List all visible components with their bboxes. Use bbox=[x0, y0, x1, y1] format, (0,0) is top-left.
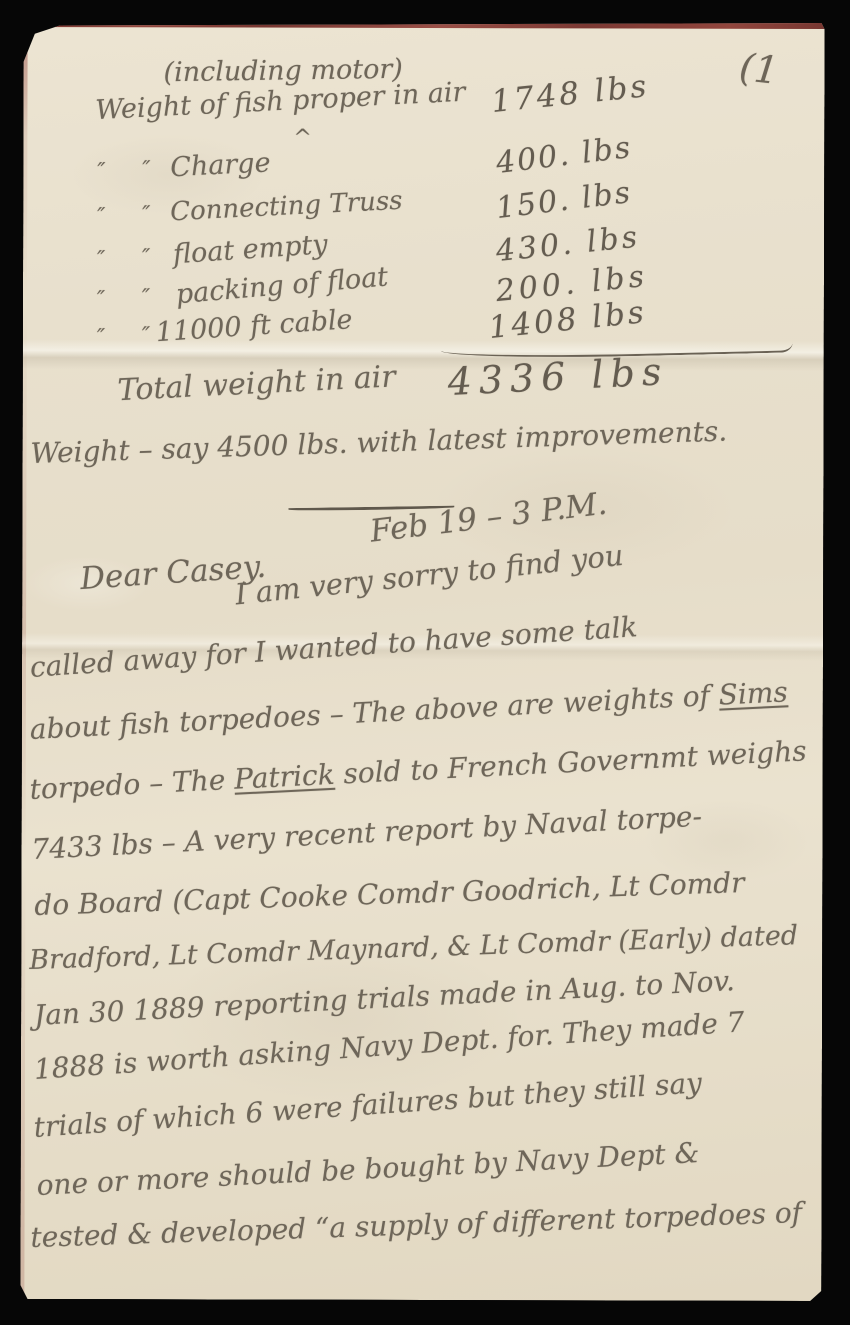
letter-line-text: torpedo – The bbox=[29, 763, 235, 806]
weight-row-value: 400. lbs bbox=[494, 130, 634, 181]
letter-line: tested & developed “a supply of differen… bbox=[30, 1196, 803, 1254]
letter-line: about fish torpedoes – The above are wei… bbox=[29, 675, 788, 746]
letter-line: I am very sorry to find you bbox=[233, 538, 624, 612]
ditto-mark: ″ bbox=[97, 204, 105, 229]
letter-line: one or more should be bought by Navy Dep… bbox=[36, 1136, 700, 1202]
red-gilt-top-edge bbox=[24, 21, 825, 29]
weight-row-label: float empty bbox=[172, 229, 328, 270]
letter-page: (1 (including motor) Weight of fish prop… bbox=[20, 21, 824, 1301]
weight-row-label: Connecting Truss bbox=[169, 186, 403, 228]
underlined-word: Patrick bbox=[233, 758, 335, 796]
letter-line: torpedo – The Patrick sold to French Gov… bbox=[29, 734, 807, 806]
underlined-word: Sims bbox=[718, 675, 789, 711]
weight-row-label: packing of float bbox=[175, 261, 390, 310]
letter-line: called away for I wanted to have some ta… bbox=[29, 610, 639, 684]
caret-mark: ^ bbox=[293, 126, 312, 151]
ditto-mark: ″ bbox=[142, 323, 150, 348]
ditto-mark: ″ bbox=[142, 285, 150, 310]
total-row-value: 4336 lbs bbox=[447, 349, 670, 404]
scan-background: { "colors":{ "background":"#060606", "pa… bbox=[0, 0, 850, 1325]
page-number: (1 bbox=[737, 45, 781, 93]
dateline: Feb 19 – 3 P.M. bbox=[368, 486, 609, 550]
ditto-mark: ″ bbox=[97, 325, 105, 350]
weight-row-label: 11000 ft cable bbox=[155, 304, 354, 348]
weight-row-label: Charge bbox=[170, 147, 272, 183]
weight-row-value: 1748 lbs bbox=[490, 68, 651, 120]
ditto-mark: ″ bbox=[97, 159, 105, 184]
letter-line-text: about fish torpedoes – The above are wei… bbox=[29, 679, 720, 746]
ditto-mark: ″ bbox=[142, 157, 150, 182]
letter-body: I am very sorry to find you called away … bbox=[24, 21, 825, 23]
ditto-mark: ″ bbox=[142, 245, 150, 270]
weight-row-value: 150. lbs bbox=[494, 175, 634, 226]
weights-table: Weight of fish proper in air 1748 lbs ^ … bbox=[24, 21, 825, 23]
summary-line: Weight – say 4500 lbs. with latest impro… bbox=[30, 414, 728, 469]
red-gilt-left-edge bbox=[20, 21, 27, 1299]
letter-line-text: sold to French Governmt weighs bbox=[334, 734, 808, 790]
ditto-mark: ″ bbox=[97, 287, 105, 312]
letter-line: 7433 lbs – A very recent report by Naval… bbox=[31, 800, 703, 866]
ditto-mark: ″ bbox=[142, 202, 150, 227]
ditto-mark: ″ bbox=[97, 247, 105, 272]
total-row-label: Total weight in air bbox=[117, 359, 397, 408]
letter-line: do Board (Capt Cooke Comdr Goodrich, Lt … bbox=[34, 866, 745, 922]
